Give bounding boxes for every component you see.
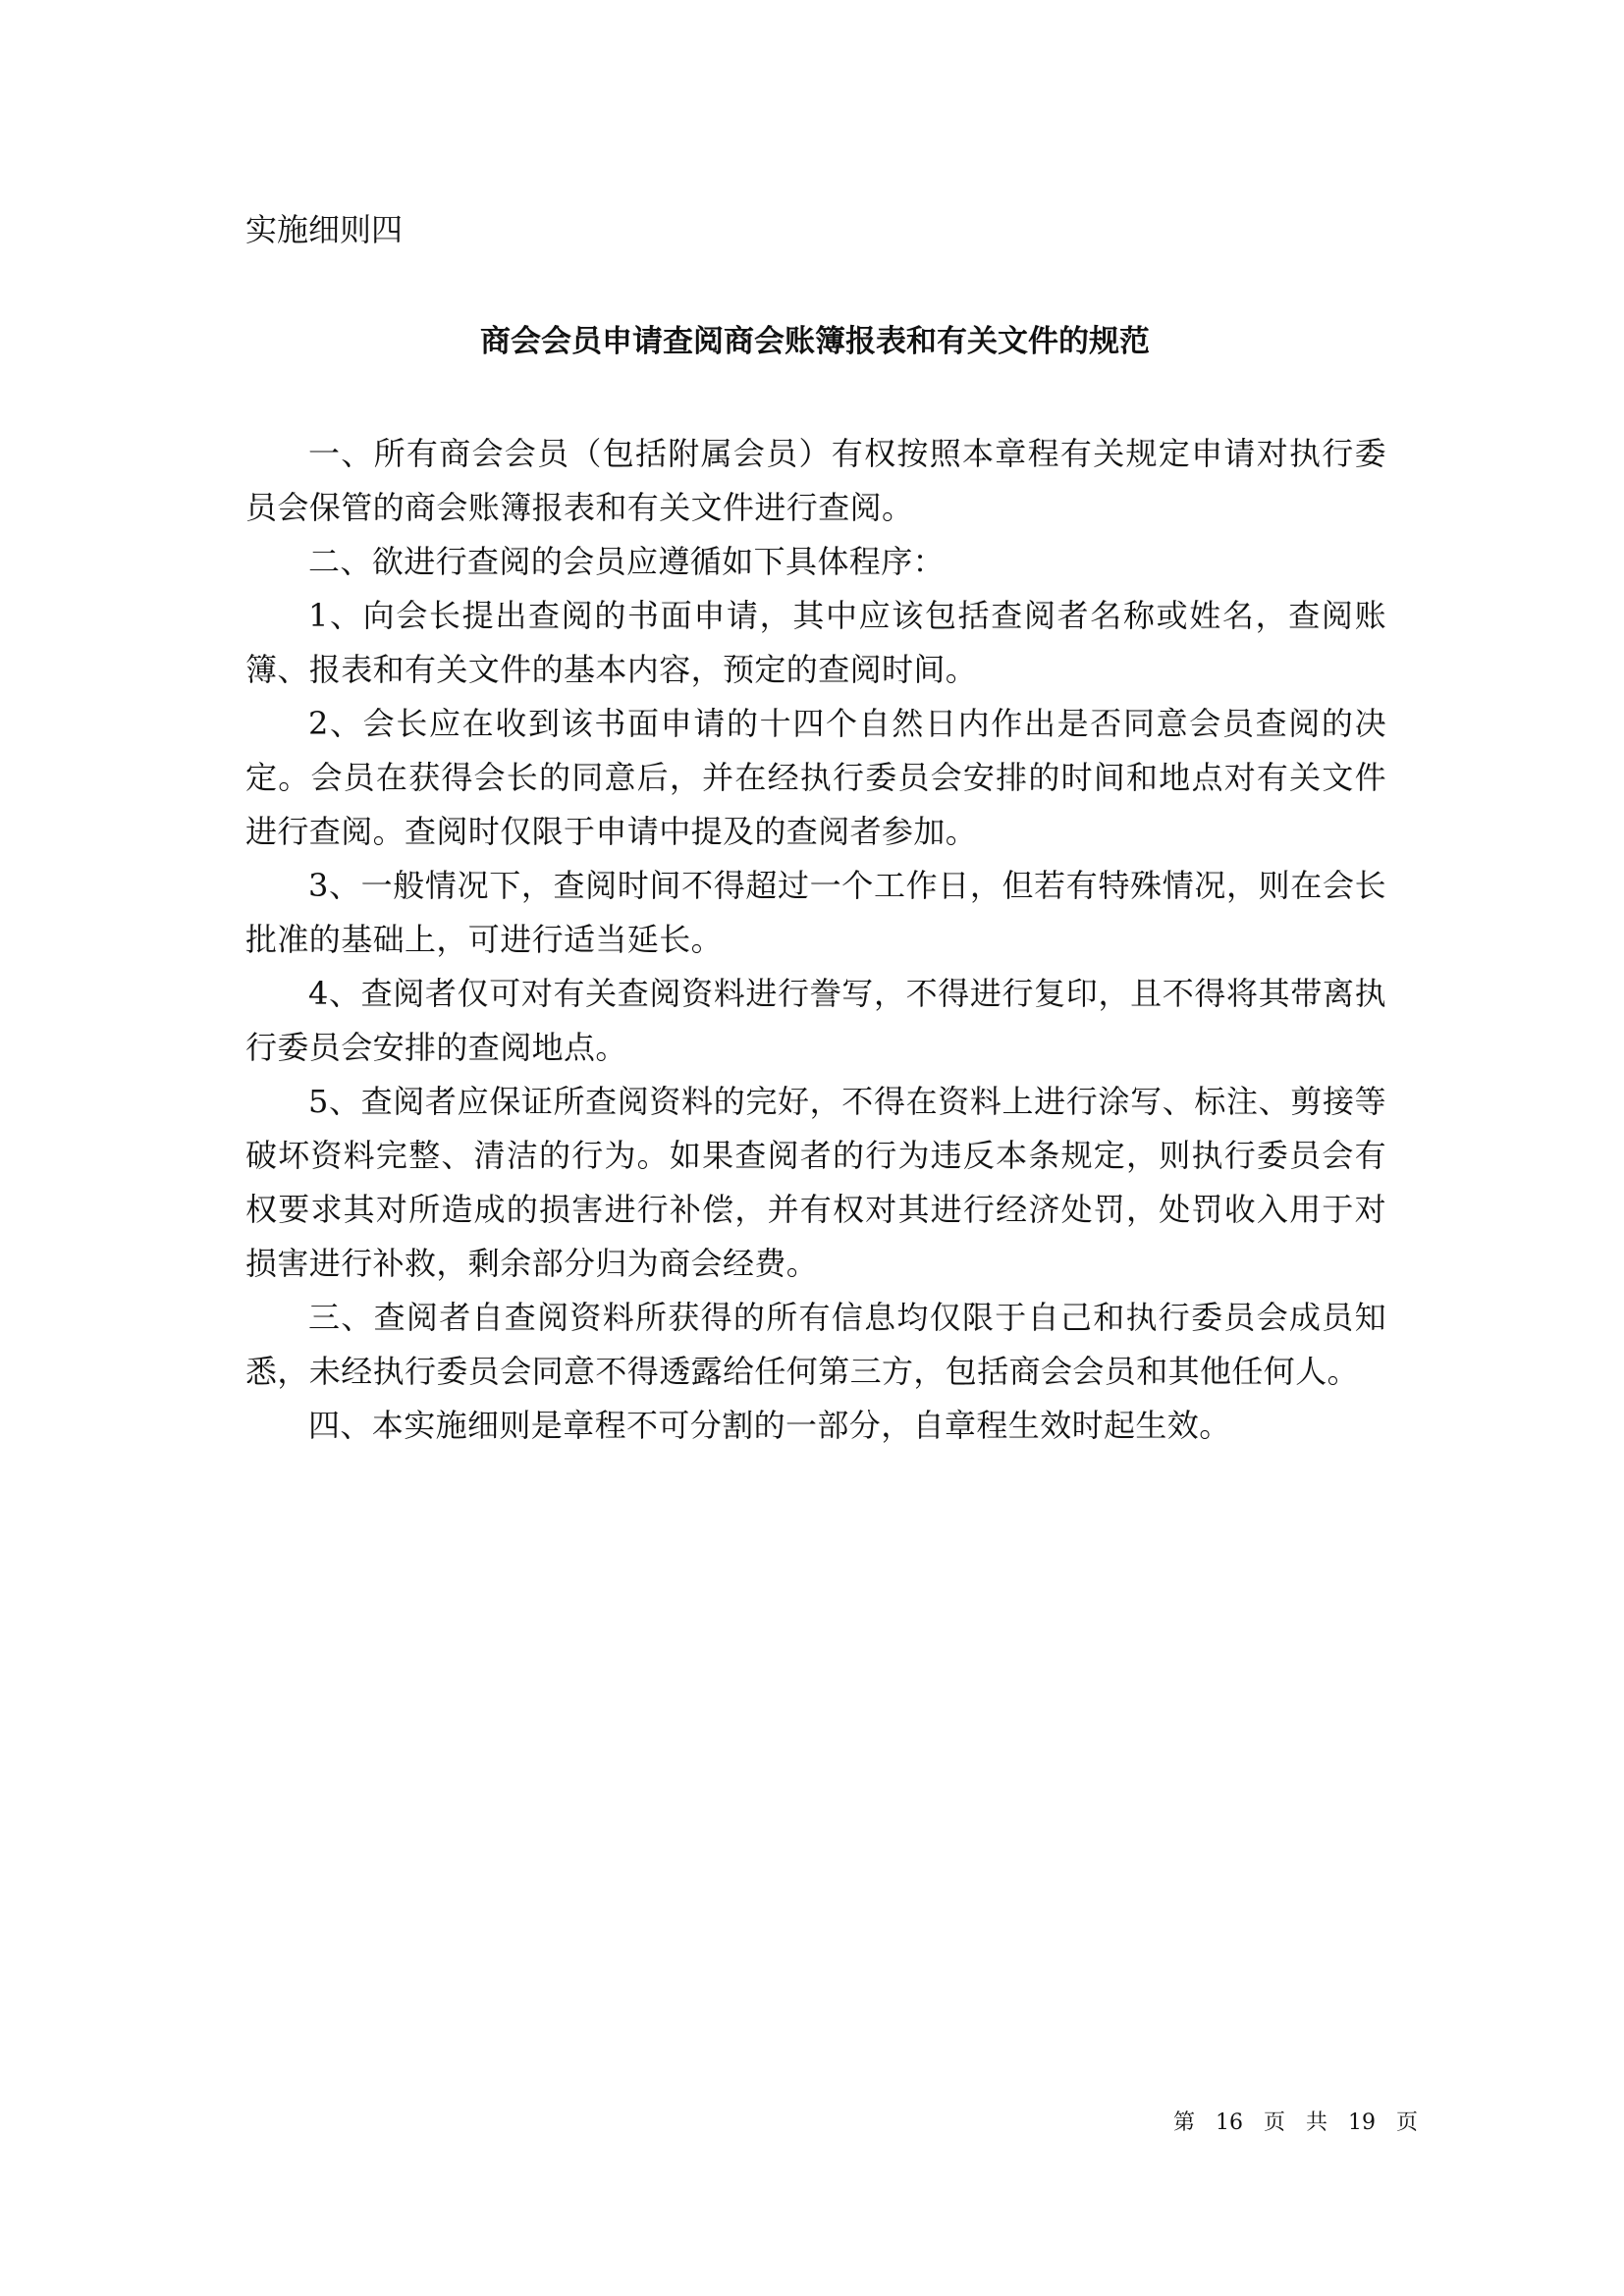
current-page: 16 xyxy=(1216,2110,1243,2135)
paragraph-2: 二、欲进行查阅的会员应遵循如下具体程序： xyxy=(245,535,1386,589)
paragraph-6: 4、查阅者仅可对有关查阅资料进行誊写，不得进行复印，且不得将其带离执行委员会安排… xyxy=(245,967,1386,1075)
paragraph-8: 三、查阅者自查阅资料所获得的所有信息均仅限于自己和执行委员会成员知悉，未经执行委… xyxy=(245,1291,1386,1399)
paragraph-1: 一、所有商会会员（包括附属会员）有权按照本章程有关规定申请对执行委员会保管的商会… xyxy=(245,427,1386,535)
document-body: 一、所有商会会员（包括附属会员）有权按照本章程有关规定申请对执行委员会保管的商会… xyxy=(245,427,1386,1453)
paragraph-9: 四、本实施细则是章程不可分割的一部分，自章程生效时起生效。 xyxy=(245,1399,1386,1453)
paragraph-7: 5、查阅者应保证所查阅资料的完好，不得在资料上进行涂写、标注、剪接等破坏资料完整… xyxy=(245,1075,1386,1291)
page-prefix: 第 xyxy=(1173,2110,1195,2135)
paragraph-4: 2、会长应在收到该书面申请的十四个自然日内作出是否同意会员查阅的决定。会员在获得… xyxy=(245,697,1386,859)
page-word: 页 xyxy=(1264,2110,1285,2135)
document-title: 商会会员申请查阅商会账簿报表和有关文件的规范 xyxy=(245,320,1384,363)
total-pages: 19 xyxy=(1348,2110,1376,2135)
total-prefix: 共 xyxy=(1306,2110,1327,2135)
page-number-footer: 第 16 页 共 19 页 xyxy=(1173,2109,1424,2138)
total-suffix: 页 xyxy=(1396,2110,1418,2135)
section-label: 实施细则四 xyxy=(245,208,403,251)
document-page: 实施细则四 商会会员申请查阅商会账簿报表和有关文件的规范 一、所有商会会员（包括… xyxy=(0,0,1624,2296)
paragraph-5: 3、一般情况下，查阅时间不得超过一个工作日，但若有特殊情况，则在会长批准的基础上… xyxy=(245,859,1386,967)
paragraph-3: 1、向会长提出查阅的书面申请，其中应该包括查阅者名称或姓名，查阅账簿、报表和有关… xyxy=(245,589,1386,697)
